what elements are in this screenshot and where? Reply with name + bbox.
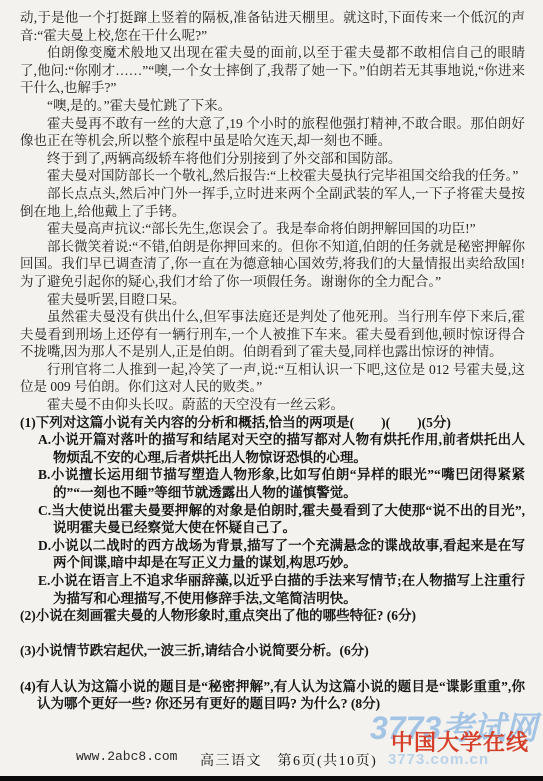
option-label: C. [38, 503, 51, 518]
question-3: (3)小说情节跌宕起伏,一波三折,请结合小说简要分析。(6分) [20, 642, 525, 660]
option-text: 小说在语言上不追求华丽辞藻,以近乎白描的手法来写情节;在人物描写上注重行为描写和… [50, 573, 525, 606]
story-paragraph: 霍夫曼对国防部长一个敬礼,然后报告:“上校霍夫曼执行完毕祖国交给我的任务。” [20, 167, 525, 185]
option-label: B. [38, 467, 50, 482]
story-paragraph: “噢,是的。”霍夫曼忙跳了下来。 [20, 97, 525, 115]
story-paragraph: 霍夫曼再不敢有一丝的大意了,19 个小时的旅程他强打精神,不敢合眼。那伯朗好像也… [20, 115, 525, 150]
answer-option-a: A.小说开篇对落叶的描写和结尾对天空的描写都对人物有烘托作用,前者烘托出人物烦乱… [20, 431, 525, 466]
story-paragraph: 部长点点头,然后冲门外一挥手,立时进来两个全副武装的军人,一下子将霍夫曼按倒在地… [20, 185, 525, 220]
option-label: E. [38, 573, 50, 588]
story-paragraph: 伯朗像变魔术般地又出现在霍夫曼的面前,以至于霍夫曼都不敢相信自己的眼睛了,他问:… [20, 44, 525, 97]
footer-page-number: 高三语文 第6页(共10页) [200, 753, 377, 771]
story-paragraph: 虽然霍夫曼没有供出什么,但军事法庭还是判处了他死刑。当行刑车停下来后,霍夫曼看到… [20, 308, 525, 361]
story-paragraph: 行刑官将二人推到一起,冷笑了一声,说:“互相认识一下吧,这位是 012 号霍夫曼… [20, 361, 525, 396]
option-text: 小说擅长运用细节描写塑造人物形象,比如写伯朗“异样的眼光”“嘴巴闭得紧紧的”“一… [50, 467, 525, 500]
option-label: D. [38, 538, 51, 553]
question-4: (4)有人认为这篇小说的题目是“秘密押解”,有人认为这篇小说的题目是“谍影重重”… [20, 678, 525, 713]
question-1-options: A.小说开篇对落叶的描写和结尾对天空的描写都对人物有烘托作用,前者烘托出人物烦乱… [20, 431, 525, 607]
story-paragraph: 部长微笑着说:“不错,伯朗是你押回来的。但你不知道,伯朗的任务就是秘密押解你回国… [20, 238, 525, 291]
story-paragraph: 霍夫曼听罢,目瞪口呆。 [20, 291, 525, 309]
answer-option-b: B.小说擅长运用细节描写塑造人物形象,比如写伯朗“异样的眼光”“嘴巴闭得紧紧的”… [20, 466, 525, 501]
question-1-stem: (1)下列对这篇小说有关内容的分析和概括,恰当的两项是( )( )(5分) [20, 414, 525, 432]
questions-section: (1)下列对这篇小说有关内容的分析和概括,恰当的两项是( )( )(5分) A.… [20, 414, 525, 713]
story-paragraph: 霍夫曼高声抗议:“部长先生,您误会了。我是奉命将伯朗押解回国的功臣!” [20, 220, 525, 238]
bottom-scan-bar [0, 776, 543, 781]
answer-option-e: E.小说在语言上不追求华丽辞藻,以近乎白描的手法来写情节;在人物描写上注重行为描… [20, 572, 525, 607]
option-text: 小说以二战时的西方战场为背景,描写了一个充满悬念的谍战故事,看起来是在写两个间谍… [51, 538, 525, 571]
option-text: 当大使说出霍夫曼要押解的对象是伯朗时,霍夫曼看到了大使那“说不出的目光”,说明霍… [51, 503, 525, 536]
answer-option-d: D.小说以二战时的西方战场为背景,描写了一个充满悬念的谍战故事,看起来是在写两个… [20, 537, 525, 572]
story-text: 动,于是他一个打挺蹿上竖着的隔板,准备钻进天棚里。就这时,下面传来一个低沉的声音… [20, 9, 525, 414]
story-paragraph: 动,于是他一个打挺蹿上竖着的隔板,准备钻进天棚里。就这时,下面传来一个低沉的声音… [20, 9, 525, 44]
question-2: (2)小说在刻画霍夫曼的人物形象时,重点突出了他的哪些特征? (6分) [20, 607, 525, 625]
option-label: A. [38, 432, 51, 447]
footer-site-url: www.2abc8.com [76, 748, 177, 766]
exam-page: 动,于是他一个打挺蹿上竖着的隔板,准备钻进天棚里。就这时,下面传来一个低沉的声音… [0, 0, 543, 781]
story-paragraph: 终于到了,两辆高级轿车将他们分别接到了外交部和国防部。 [20, 150, 525, 168]
option-text: 小说开篇对落叶的描写和结尾对天空的描写都对人物有烘托作用,前者烘托出人物烦乱不安… [51, 432, 525, 465]
watermark-china-univ-online: 中国大学在线 [391, 734, 529, 752]
answer-option-c: C.当大使说出霍夫曼要押解的对象是伯朗时,霍夫曼看到了大使那“说不出的目光”,说… [20, 502, 525, 537]
story-paragraph: 霍夫曼不由仰头长叹。蔚蓝的天空没有一丝云彩。 [20, 396, 525, 414]
